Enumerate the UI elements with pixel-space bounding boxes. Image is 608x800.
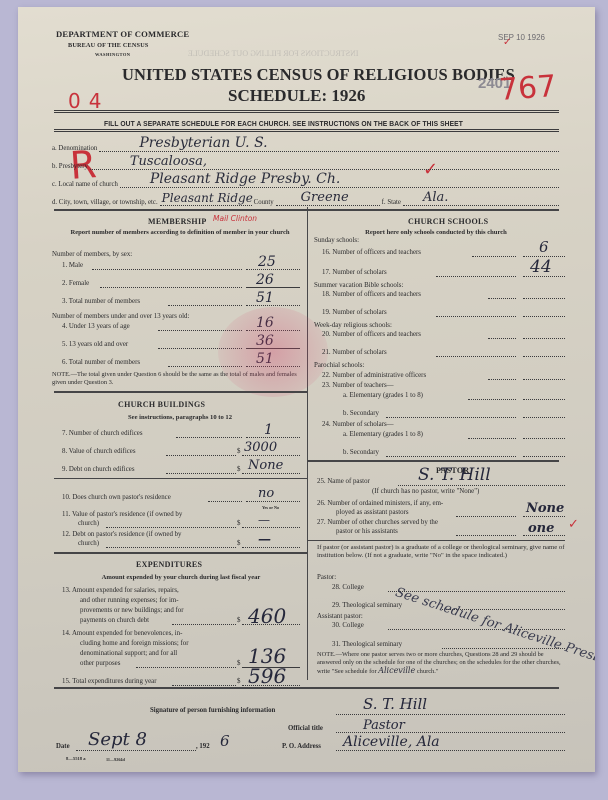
q3-total-label: 3. Total number of members [62,297,140,306]
rule-membership-bottom [54,391,307,393]
q6-total-value: 51 [256,351,274,367]
q26-leader [456,516,516,517]
q12-value: — [258,532,271,547]
date-input[interactable] [76,750,196,751]
official-title-value: Pastor [363,718,405,733]
pastor-note: NOTE.—Where one pastor serves two or mor… [317,651,567,676]
graduate-instruction: If pastor (or assistant pastor) is a gra… [317,544,567,560]
q25-label: 25. Name of pastor [317,477,370,486]
q20-input[interactable] [523,338,565,339]
q8-value: 3000 [244,440,277,455]
q5-13over-value: 36 [256,333,274,349]
q24a-label: a. Elementary (grades 1 to 8) [343,430,423,439]
q2-female-value: 26 [256,272,274,288]
county-value: Greene [301,190,349,205]
q13-value: 460 [248,604,286,628]
q31-label: 31. Theological seminary [332,640,402,649]
q8-input[interactable] [242,455,300,456]
q11-label-1: 11. Value of pastor's residence (if owne… [62,510,182,519]
denomination-value: Presbyterian U. S. [139,135,267,151]
instruction-banner: FILL OUT A SEPARATE SCHEDULE FOR EACH CH… [104,119,463,128]
members-by-age-label: Number of members under and over 13 year… [52,312,189,321]
q8-label: 8. Value of church edifices [62,447,136,456]
q23b-leader [386,417,516,418]
q12-dollar: $ [237,539,240,548]
q9-leader [166,473,236,474]
signature-input[interactable] [336,714,565,715]
q26-label-1: 26. Number of ordained ministers, if any… [317,499,443,508]
q14-dollar: $ [237,659,240,668]
q13-label-2: and other running expenses; for im- [80,596,179,605]
q19-label: 19. Number of scholars [322,308,387,317]
q11-dollar: $ [237,519,240,528]
q19-leader [436,316,516,317]
census-schedule-page: INSTRUCTIONS FOR FILLING OUT SCHEDULE DE… [18,7,595,772]
assistant-pastor-label: Assistant pastor: [317,612,363,621]
column-divider [307,207,308,680]
q8-leader [166,455,236,456]
q2-leader [100,287,242,288]
q13-label-4: payments on church debt [80,616,149,625]
rule-top [54,110,559,113]
q15-leader [172,685,236,686]
city-name: WASHINGTON [95,52,130,57]
q12-input[interactable] [242,547,300,548]
denomination-field[interactable]: a. Denomination Presbyterian U. S. [52,139,559,152]
rule-banner-bottom [54,129,559,132]
q14-label-3: denominational support; and for all [80,649,177,658]
rule-buildings-bottom [54,552,307,554]
q24b-input[interactable] [523,456,565,457]
q1-leader [92,269,242,270]
q16-value: 6 [539,238,549,256]
church-buildings-subtitle: See instructions, paragraphs 10 to 12 [62,413,298,422]
q12-label-1: 12. Debt on pastor's residence (if owned… [62,530,182,539]
q4-under13-value: 16 [256,315,274,331]
q10-value: no [258,486,274,501]
q17-value: 44 [530,257,552,277]
q13-label-3: provements or new buildings; and for [80,606,184,615]
membership-note: NOTE.—The total given under Question 6 s… [52,371,304,387]
presbytery-value: Tuscaloosa, [130,154,207,169]
state-label: f. State [382,199,401,206]
weekday-schools-label: Week-day religious schools: [314,321,392,330]
q4-under13-label: 4. Under 13 years of age [62,322,130,331]
presbytery-field[interactable]: b. Presbytery Tuscaloosa, [52,157,559,170]
church-schools-title: CHURCH SCHOOLS [408,217,488,226]
q20-label: 20. Number of officers and teachers [322,330,421,339]
rule-q27 [307,540,565,541]
po-address-input[interactable] [336,750,565,751]
q18-label: 18. Number of officers and teachers [322,290,421,299]
q17-label: 17. Number of scholars [322,268,387,277]
q27-label-2: pastor or his assistants [336,527,398,536]
q22-input[interactable] [523,379,565,380]
q13-leader [172,624,236,625]
q26-input[interactable] [523,516,565,517]
q13-dollar: $ [237,616,240,625]
q14-label-1: 14. Amount expended for benevolences, in… [62,629,182,638]
q29-label: 29. Theological seminary [332,601,402,610]
pastor-note-end: church." [417,668,439,675]
q23b-input[interactable] [523,417,565,418]
q23b-label: b. Secondary [343,409,379,418]
q14-label-2: cluding home and foreign missions; for [80,639,189,648]
q24-label: 24. Number of scholars— [322,420,394,429]
print-code: 11—9264d [106,755,125,764]
state-value: Ala. [423,190,448,205]
pastor-note-text: NOTE.—Where one pastor serves two or mor… [317,651,561,675]
q23a-leader [468,399,516,400]
membership-red-note: Mail Clinton [213,214,257,223]
q11-leader [106,527,236,528]
rule-q9 [54,478,307,479]
city-label: d. City, town, village, or township, etc… [52,199,158,206]
q11-value: — [258,513,270,527]
q20-leader [488,338,516,339]
q28-label: 28. College [332,583,364,592]
rule-schools-bottom [307,460,559,462]
q18-leader [488,298,516,299]
q4-leader [158,330,242,331]
church-buildings-title: CHURCH BUILDINGS [118,400,205,409]
q22-label: 22. Number of administrative officers [322,371,426,380]
members-by-sex-label: Number of members, by sex: [52,250,132,259]
year-suffix: 6 [220,732,230,750]
q11-label-2: church) [78,519,99,528]
q16-label: 16. Number of officers and teachers [322,248,421,257]
q21-input[interactable] [523,356,565,357]
q27-value: one [528,521,554,536]
q8-dollar: $ [237,447,240,456]
parochial-schools-label: Parochial schools: [314,361,364,370]
q23-label: 23. Number of teachers— [322,381,394,390]
q14-label-4: other purposes [80,659,120,668]
q7-leader [176,437,242,438]
form-title: UNITED STATES CENSUS OF RELIGIOUS BODIES [122,65,515,85]
q24a-leader [468,438,516,439]
q10-leader [208,501,242,502]
q5-leader [158,348,242,349]
q2-female-label: 2. Female [62,279,89,288]
q24b-label: b. Secondary [343,448,379,457]
q7-value: 1 [264,422,273,438]
schedule-title: SCHEDULE: 1926 [228,86,365,106]
q23a-input[interactable] [523,399,565,400]
q3-total-value: 51 [256,290,274,306]
q19-input[interactable] [523,316,565,317]
q24a-input[interactable] [523,438,565,439]
expenditures-subtitle: Amount expended by your church during la… [58,573,304,582]
po-address-label: P. O. Address [282,742,321,751]
q9-label: 9. Debt on church edifices [62,465,135,474]
q25-value: S. T. Hill [418,465,491,485]
red-file-number: 767 [498,69,558,108]
q6-total-label: 6. Total number of members [62,358,140,367]
pastor-note-fill: Aliceville [378,666,415,675]
q7-label: 7. Number of church edifices [62,429,143,438]
red-check-q27-icon: ✓ [568,517,579,532]
q30-label: 30. College [332,621,364,630]
q3-leader [168,305,242,306]
q25-input[interactable] [398,485,565,486]
q9-input[interactable] [242,473,300,474]
q22-leader [488,379,516,380]
q24b-leader [386,456,516,457]
pastor-sub-label: Pastor: [317,573,336,582]
local-church-name-value: Pleasant Ridge Presby. Ch. [150,171,341,187]
membership-title: MEMBERSHIP [148,217,207,226]
bureau-name: BUREAU OF THE CENSUS [68,42,149,49]
q13-label-1: 13. Amount expended for salaries, repair… [62,586,179,595]
official-title-label: Official title [288,724,323,733]
q21-label: 21. Number of scholars [322,348,387,357]
q25-hint: (If church has no pastor, write "None") [372,487,479,496]
q9-dollar: $ [237,465,240,474]
q10-hint: Yes or No [262,503,279,512]
po-address-value: Aliceville, Ala [343,734,440,750]
q11-input[interactable] [242,527,300,528]
q6-leader [168,366,242,367]
expenditures-title: EXPENDITURES [136,560,202,569]
q17-leader [436,276,516,277]
q15-label: 15. Total expenditures during year [62,677,157,686]
q26-label-2: ployed as assistant pastors [336,508,409,517]
city-value: Pleasant Ridge [162,191,253,205]
q27-label-1: 27. Number of other churches served by t… [317,518,438,527]
q15-dollar: $ [237,677,240,686]
denomination-label: a. Denomination [52,145,97,152]
q1-male-value: 25 [258,254,276,270]
q15-value: 596 [248,664,286,688]
summer-schools-label: Summer vacation Bible schools: [314,281,403,290]
q5-13over-label: 5. 13 years old and over [62,340,128,349]
q7-input[interactable] [246,437,300,438]
local-church-name-field[interactable]: c. Local name of church Pleasant Ridge P… [52,175,559,188]
q26-value: None [526,501,564,516]
q18-input[interactable] [523,298,565,299]
q9-value: None [248,458,283,473]
q1-male-label: 1. Male [62,261,83,270]
form-number: 8—5518 a [66,754,86,763]
red-check-small-icon: ✓ [503,37,511,48]
q12-leader [106,547,236,548]
signature-value: S. T. Hill [363,695,427,713]
date-value: Sept 8 [88,729,147,750]
q21-leader [436,356,516,357]
q10-input[interactable] [246,501,300,502]
rule-footer-top [54,687,559,689]
location-fields[interactable]: d. City, town, village, or township, etc… [52,193,559,206]
q12-label-2: church) [78,539,99,548]
county-label: County [254,199,274,206]
q23a-label: a. Elementary (grades 1 to 8) [343,391,423,400]
reverse-bleed-text: INSTRUCTIONS FOR FILLING OUT SCHEDULE [188,49,359,58]
presbytery-label: b. Presbytery [52,163,88,170]
q16-leader [472,256,516,257]
local-church-name-label: c. Local name of church [52,181,118,188]
q10-label: 10. Does church own pastor's residence [62,493,171,502]
q27-leader [456,535,516,536]
department-name: DEPARTMENT OF COMMERCE [56,29,189,39]
year-prefix: , 192 [196,742,210,751]
signature-label: Signature of person furnishing informati… [150,706,275,715]
date-label: Date [56,742,70,751]
membership-subtitle: Report number of members according to de… [62,228,298,237]
sunday-schools-label: Sunday schools: [314,236,359,245]
q14-leader [136,667,236,668]
